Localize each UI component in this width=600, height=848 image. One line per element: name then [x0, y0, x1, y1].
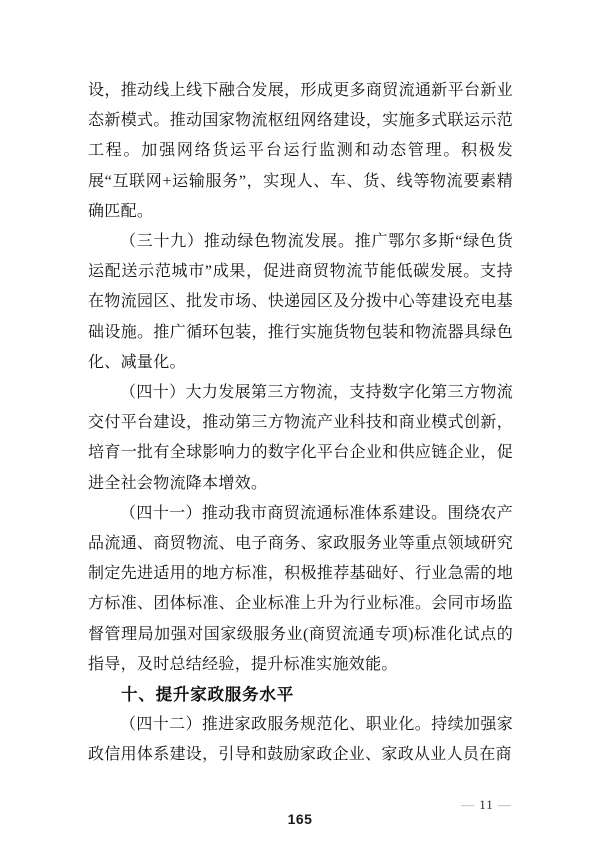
page-number-value: 11	[479, 797, 494, 812]
paragraph-continuation: 设，推动线上线下融合发展，形成更多商贸流通新平台新业态新模式。推动国家物流枢纽网…	[88, 76, 513, 227]
section-heading: 十、提升家政服务水平	[88, 680, 513, 710]
paragraph-item-40: （四十）大力发展第三方物流，支持数字化第三方物流交付平台建设，推动第三方物流产业…	[88, 378, 513, 499]
viewer-page-number: 165	[0, 811, 600, 827]
page-number-dash-right: —	[498, 797, 512, 812]
document-body: 设，推动线上线下融合发展，形成更多商贸流通新平台新业态新模式。推动国家物流枢纽网…	[88, 76, 513, 771]
paragraph-item-39: （三十九）推动绿色物流发展。推广鄂尔多斯“绿色货运配送示范城市”成果，促进商贸物…	[88, 227, 513, 378]
document-page: 设，推动线上线下融合发展，形成更多商贸流通新平台新业态新模式。推动国家物流枢纽网…	[0, 0, 600, 848]
paragraph-item-41: （四十一）推动我市商贸流通标准体系建设。围绕农产品流通、商贸物流、电子商务、家政…	[88, 499, 513, 680]
paragraph-item-42: （四十二）推进家政服务规范化、职业化。持续加强家政信用体系建设，引导和鼓励家政企…	[88, 710, 513, 770]
page-number-dash-left: —	[461, 797, 475, 812]
